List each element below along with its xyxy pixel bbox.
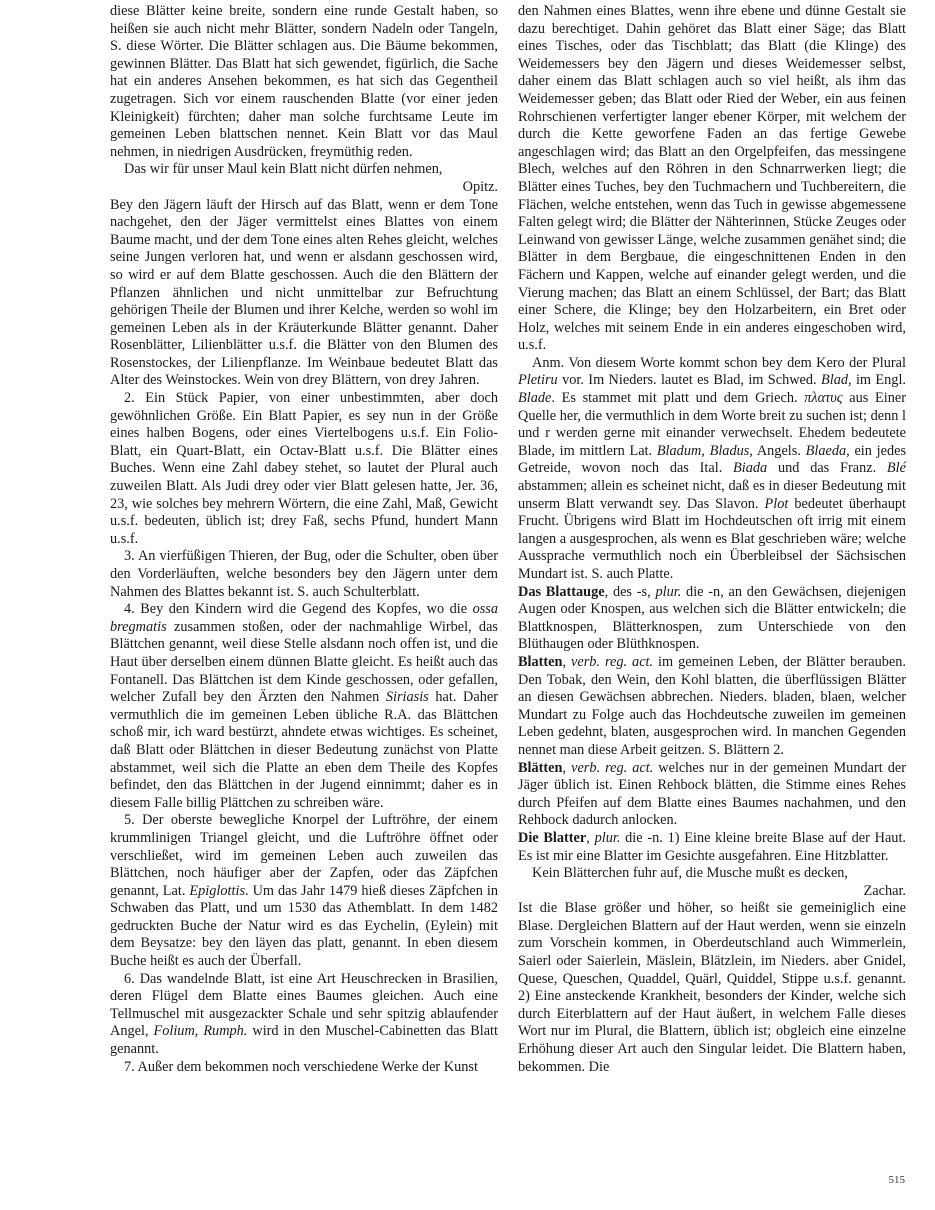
headword: Blatten xyxy=(518,654,562,670)
paragraph-continuation: den Nahmen eines Blattes, wenn ihre eben… xyxy=(518,3,906,355)
foreign-term: Blaeda, xyxy=(806,443,850,459)
sense-4: 4. Bey den Kindern wird die Gegend des K… xyxy=(110,601,498,812)
headword: Blätten xyxy=(518,760,562,776)
foreign-term: Bladum, Bladus, xyxy=(657,443,753,459)
grammar-label: verb. reg. act. xyxy=(571,760,653,776)
text: , xyxy=(562,654,571,670)
greek-term: πλατυς xyxy=(804,390,842,406)
grammar-label: plur. xyxy=(595,830,621,846)
foreign-term: Biada xyxy=(733,460,767,476)
latin-term: Epiglottis xyxy=(189,883,245,899)
entry-blaetten: Blätten, verb. reg. act. welches nur in … xyxy=(518,760,906,830)
foreign-term: Blade xyxy=(518,390,551,406)
text: hat. Daher vermuthlich die im gemeinen L… xyxy=(110,689,498,811)
entry-blattauge: Das Blattauge, des -s, plur. die -n, an … xyxy=(518,584,906,654)
text: Anm. Von diesem Worte kommt schon bey de… xyxy=(532,355,906,371)
left-column: diese Blätter keine breite, sondern eine… xyxy=(110,3,498,1076)
verse-quote: Kein Blätterchen fuhr auf, die Musche mu… xyxy=(518,865,906,883)
entry-blatten: Blatten, verb. reg. act. im gemeinen Leb… xyxy=(518,654,906,760)
text: . Es stammet mit platt und dem Griech. xyxy=(551,390,804,406)
foreign-term: Blé xyxy=(887,460,906,476)
right-column: den Nahmen eines Blattes, wenn ihre eben… xyxy=(518,3,906,1076)
text: vor. Im Nieders. lautet es Blad, im Schw… xyxy=(558,372,821,388)
text: Angels. xyxy=(753,443,806,459)
text: , xyxy=(562,760,571,776)
foreign-term: Plot xyxy=(765,496,789,512)
dictionary-page: diese Blätter keine breite, sondern eine… xyxy=(0,0,935,1210)
sense-6: 6. Das wandelnde Blatt, ist eine Art Heu… xyxy=(110,971,498,1059)
paragraph: Ist die Blase größer und höher, so heißt… xyxy=(518,900,906,1076)
grammar-label: verb. reg. act. xyxy=(571,654,653,670)
entry-blatter: Die Blatter, plur. die -n. 1) Eine klein… xyxy=(518,830,906,865)
foreign-term: Blad, xyxy=(821,372,852,388)
text: 4. Bey den Kindern wird die Gegend des K… xyxy=(124,601,473,617)
quote-attribution: Zachar. xyxy=(518,883,906,901)
text: im Engl. xyxy=(852,372,906,388)
etymology-note: Anm. Von diesem Worte kommt schon bey de… xyxy=(518,355,906,584)
page-number: 515 xyxy=(889,1172,906,1190)
sense-3: 3. An vierfüßigen Thieren, der Bug, oder… xyxy=(110,548,498,601)
paragraph: Bey den Jägern läuft der Hirsch auf das … xyxy=(110,197,498,391)
sense-2: 2. Ein Stück Papier, von einer unbestimm… xyxy=(110,390,498,548)
verse-quote: Das wir für unser Maul kein Blatt nicht … xyxy=(110,161,498,179)
text: , xyxy=(586,830,594,846)
headword: Die Blatter xyxy=(518,830,586,846)
grammar-label: plur. xyxy=(655,584,681,600)
sense-7: 7. Außer dem bekommen noch verschiedene … xyxy=(110,1059,498,1077)
latin-term: Siriasis xyxy=(386,689,429,705)
text: , des -s, xyxy=(605,584,656,600)
latin-term: Folium, Rumph. xyxy=(153,1023,247,1039)
quote-attribution: Opitz. xyxy=(110,179,498,197)
sense-5: 5. Der oberste bewegliche Knorpel der Lu… xyxy=(110,812,498,970)
headword: Das Blattauge xyxy=(518,584,605,600)
paragraph-continuation: diese Blätter keine breite, sondern eine… xyxy=(110,3,498,161)
text: und das Franz. xyxy=(767,460,887,476)
foreign-term: Pletiru xyxy=(518,372,558,388)
